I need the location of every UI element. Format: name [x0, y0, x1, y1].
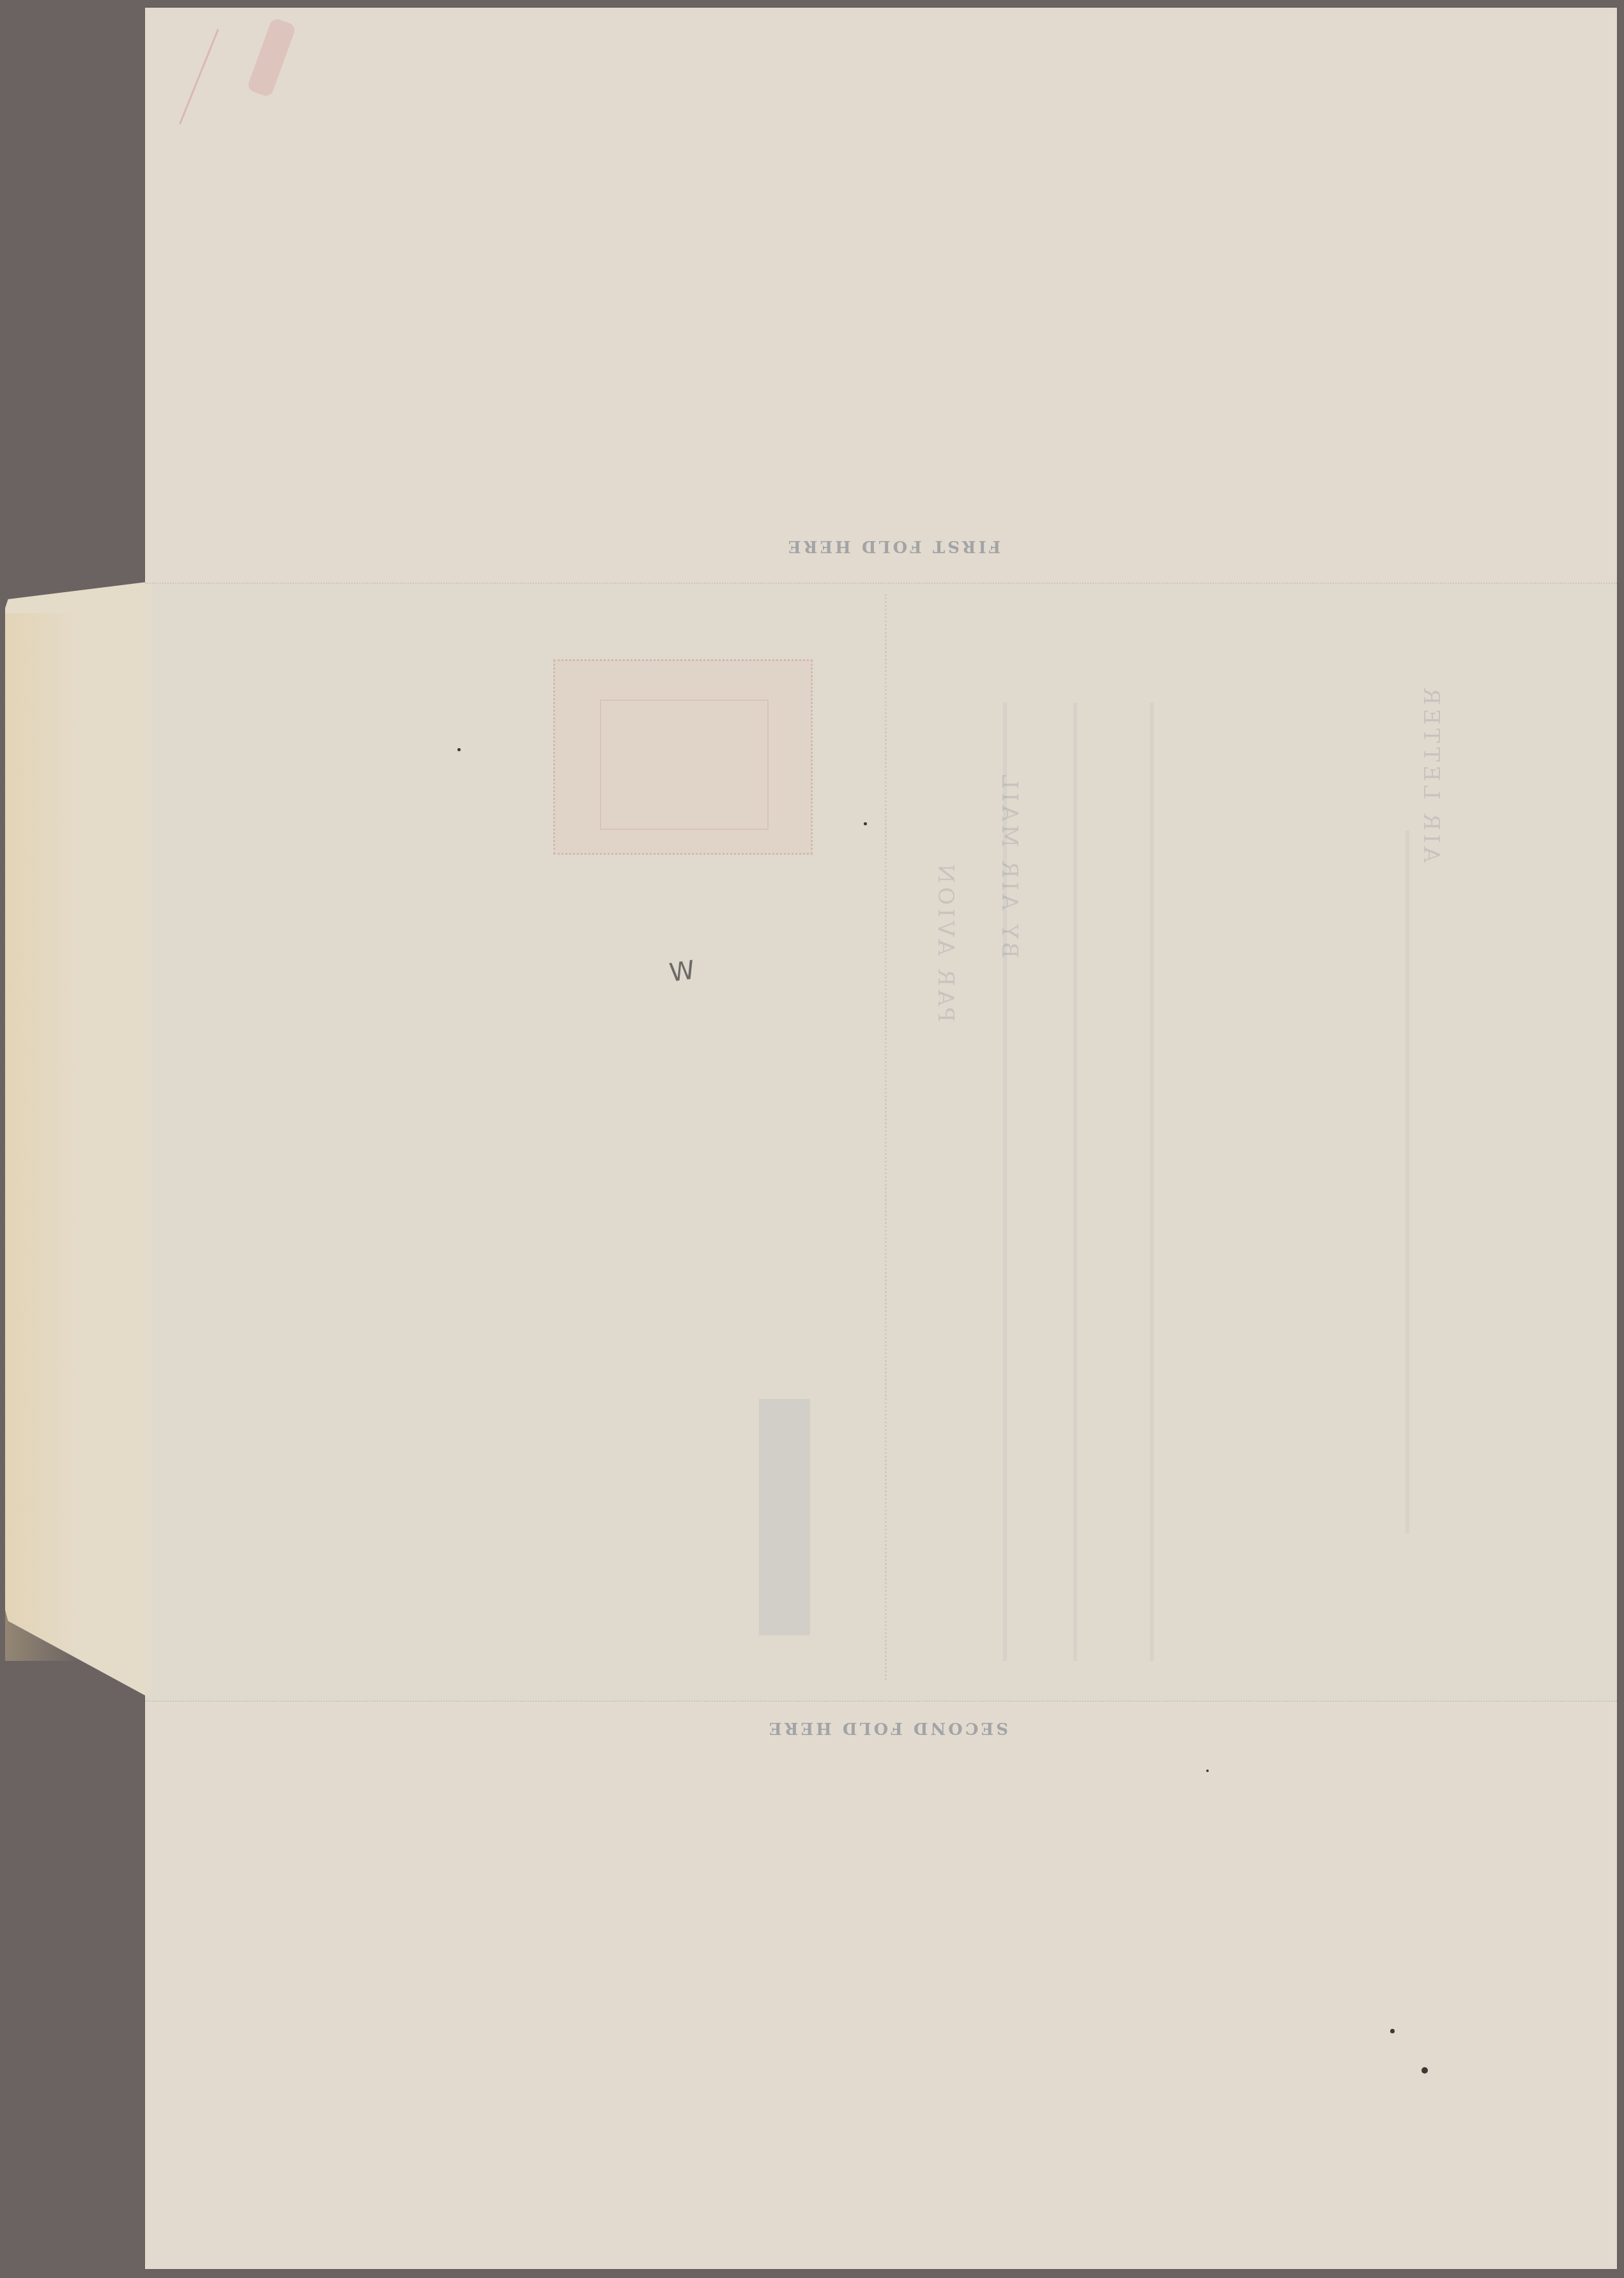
- flap-stain: [5, 613, 82, 1661]
- ghost-address-line: [1150, 703, 1154, 1661]
- address-panel: [145, 583, 1617, 1702]
- ghost-address-line: [1073, 703, 1077, 1661]
- stamp-frame: [600, 699, 769, 830]
- ghost-address-line: [1406, 830, 1409, 1533]
- show-through-text: AIR LETTER: [1418, 685, 1444, 862]
- panel-divider-line: [885, 594, 887, 1680]
- second-fold-label: SECOND FOLD HERE: [767, 1718, 1008, 1738]
- first-fold-label: FIRST FOLD HERE: [786, 537, 1000, 556]
- stamp-impression: [553, 659, 813, 855]
- handwritten-pencil-mark: W: [668, 955, 697, 988]
- ink-speck: [1421, 2067, 1428, 2074]
- ink-speck: [1206, 1770, 1209, 1772]
- ink-speck: [1390, 2029, 1395, 2033]
- ink-speck: [864, 822, 867, 825]
- airmail-label-ghost: [759, 1399, 810, 1635]
- show-through-text: BY AIR MAIL: [997, 771, 1022, 958]
- show-through-text: PAR AVION: [933, 860, 958, 1022]
- ink-speck: [457, 748, 461, 751]
